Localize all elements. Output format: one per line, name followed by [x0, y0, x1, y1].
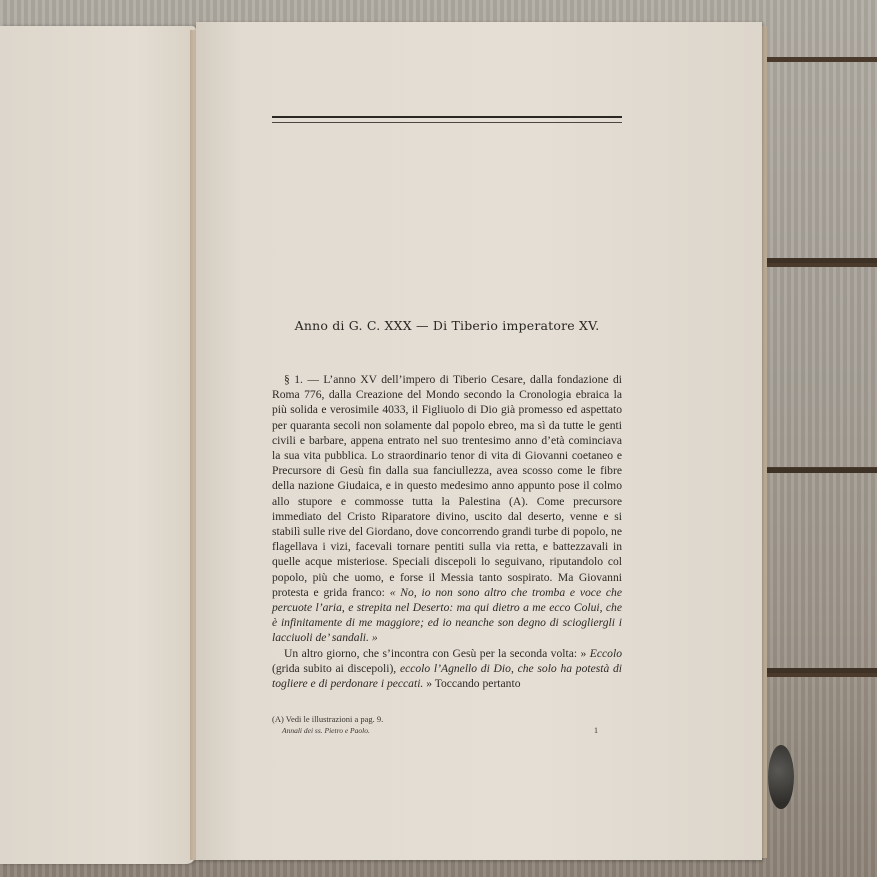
right-printed-page: Anno di G. C. XXX — Di Tiberio imperator… — [196, 22, 762, 860]
signature-number: 1 — [594, 726, 598, 735]
paragraph: § 1. — L’anno XV dell’impero di Tiberio … — [272, 372, 622, 646]
header-rule-thick — [272, 116, 622, 118]
text-run: , — [511, 662, 518, 675]
text-run: Un altro giorno, che s’incontra con Gesù… — [284, 647, 590, 660]
footnote: (A) Vedi le illustrazioni a pag. 9. — [272, 714, 622, 725]
italic-run: Eccolo — [590, 647, 622, 660]
printer-signature: Annali dei ss. Pietro e Paolo. — [282, 726, 370, 735]
paragraph: Un altro giorno, che s’incontra con Gesù… — [272, 646, 622, 692]
text-run: § 1. — L’anno XV dell’impero di Tiberio … — [272, 373, 622, 599]
body-text: § 1. — L’anno XV dell’impero di Tiberio … — [272, 372, 622, 691]
plank-gap — [760, 258, 877, 263]
header-rule-thin — [272, 122, 622, 123]
chapter-heading: Anno di G. C. XXX — Di Tiberio imperator… — [272, 318, 622, 333]
wood-knot — [768, 745, 794, 809]
text-run: (grida subito ai discepoli), — [272, 662, 400, 675]
plank-gap — [760, 668, 877, 673]
italic-run: eccolo l’Agnello di Dio — [400, 662, 511, 675]
text-run: » Toccando pertanto — [423, 677, 520, 690]
left-blank-page — [0, 26, 196, 864]
plank-gap — [760, 468, 877, 473]
